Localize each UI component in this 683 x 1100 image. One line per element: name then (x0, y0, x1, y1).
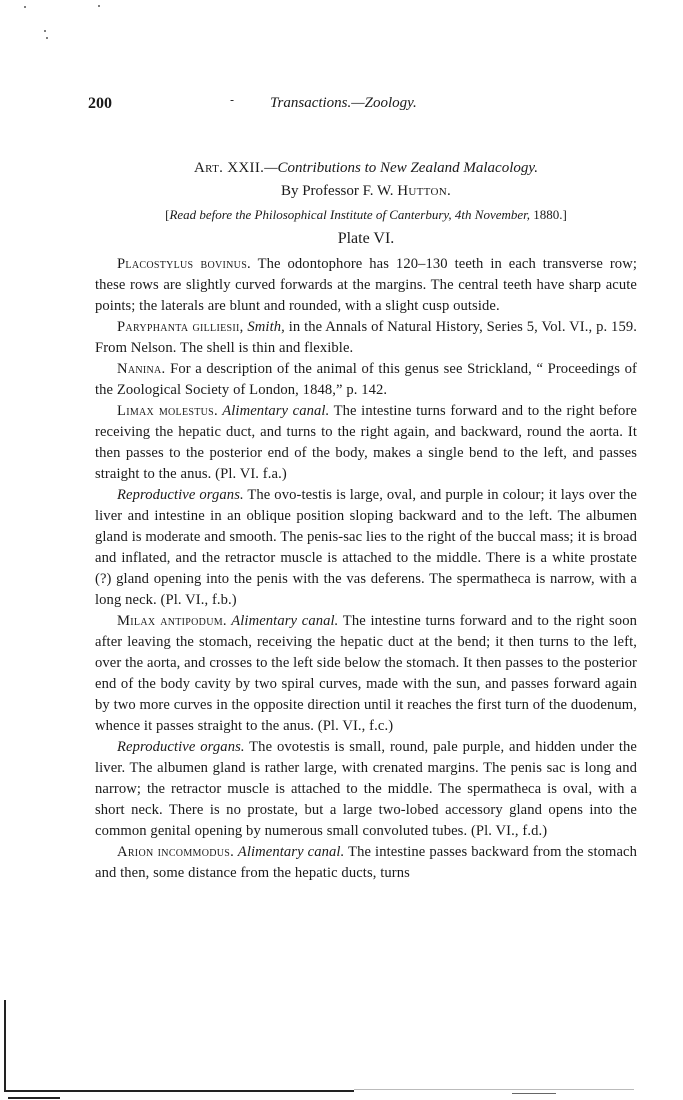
scan-edge-fragment (512, 1093, 556, 1094)
species-name: Limax molestus. (117, 403, 218, 419)
section-heading: Reproductive organs. (117, 487, 244, 503)
article-title: Art. XXII.—Contributions to New Zealand … (95, 160, 637, 177)
document-page: 200 - Transactions.—Zoology. Art. XXII.—… (0, 0, 683, 1100)
read-note: [Read before the Philosophical Institute… (95, 207, 637, 223)
paragraph-milax-reproductive: Reproductive organs. The ovotestis is sm… (95, 737, 637, 842)
scan-edge-horizontal (4, 1090, 354, 1092)
scan-edge-horizontal-faint (354, 1089, 634, 1090)
section-heading: Alimentary canal. (218, 403, 329, 419)
paragraph-paryphanta: Paryphanta gilliesii, Smith, in the Anna… (95, 317, 637, 359)
scan-speck (24, 6, 26, 8)
paragraph-nanina: Nanina. For a description of the animal … (95, 359, 637, 401)
scan-speck (98, 5, 100, 7)
paragraph-text: The ovo-testis is large, oval, and purpl… (95, 487, 637, 608)
running-head: 200 - Transactions.—Zoology. (88, 95, 648, 117)
article-title-text: —Contributions to New Zealand Malacology… (264, 160, 538, 176)
read-note-year: 1880.] (530, 207, 567, 222)
species-name: Placostylus bovinus. (117, 256, 251, 272)
scan-speck (44, 30, 46, 32)
paragraph-limax-reproductive: Reproductive organs. The ovo-testis is l… (95, 485, 637, 611)
plate-heading: Plate VI. (95, 230, 637, 248)
paragraph-placostylus: Placostylus bovinus. The odontophore has… (95, 254, 637, 317)
species-name: Arion incommodus. (117, 844, 234, 860)
section-heading: Alimentary canal. (227, 613, 339, 629)
author-name: Hutton. (397, 183, 451, 199)
scan-edge-fragment (8, 1097, 60, 1099)
body-text: Placostylus bovinus. The odontophore has… (95, 254, 637, 884)
paragraph-limax-alimentary: Limax molestus. Alimentary canal. The in… (95, 401, 637, 485)
scan-edge-vertical (4, 1000, 6, 1092)
byline-prefix: By Professor F. W. (281, 183, 397, 199)
scan-speck (46, 37, 48, 39)
authority-name: Smith, (244, 319, 285, 335)
article-label: Art. XXII. (194, 160, 264, 176)
paragraph-arion-alimentary: Arion incommodus. Alimentary canal. The … (95, 842, 637, 884)
species-name: Paryphanta gilliesii, (117, 319, 244, 335)
byline: By Professor F. W. Hutton. (95, 183, 637, 200)
read-note-text: Read before the Philosophical Institute … (169, 207, 530, 222)
running-head-dash: - (230, 93, 234, 107)
paragraph-milax-alimentary: Milax antipodum. Alimentary canal. The i… (95, 611, 637, 737)
paragraph-text: The intestine turns forward and to the r… (95, 613, 637, 734)
paragraph-text: For a description of the animal of this … (95, 361, 637, 398)
species-name: Nanina. (117, 361, 166, 377)
section-heading: Alimentary canal. (234, 844, 344, 860)
species-name: Milax antipodum. (117, 613, 227, 629)
running-head-title: Transactions.—Zoology. (270, 95, 417, 112)
page-number: 200 (88, 95, 112, 113)
section-heading: Reproductive organs. (117, 739, 245, 755)
